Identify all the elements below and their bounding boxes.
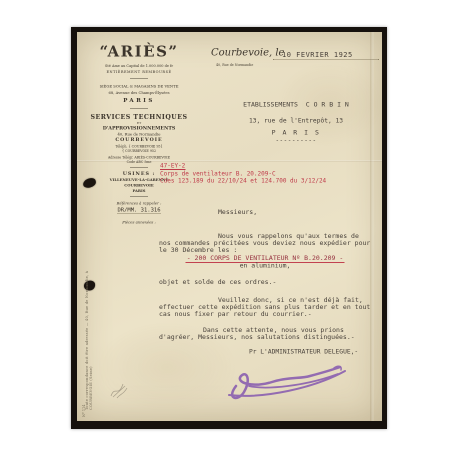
order-note: en aluminium, bbox=[159, 263, 371, 270]
factory-3: PARIS bbox=[86, 189, 192, 194]
reimbursed-line: ENTIÈREMENT REMBOURSÉ bbox=[86, 70, 192, 74]
letter-paper: “ARIÈS” Sté Ame au Capital de 1.000.000 … bbox=[77, 32, 382, 421]
services-address: 40, Rue de Normandie bbox=[86, 132, 192, 137]
services-et: ET bbox=[86, 122, 192, 126]
divider bbox=[130, 196, 148, 197]
divider bbox=[130, 167, 148, 168]
paragraph-2: objet et solde de ces ordres.- bbox=[159, 279, 276, 286]
margin-vertical-note: Toute correspondance doit être adressée … bbox=[85, 260, 93, 410]
paragraph-4-line-2: d'agréer, Messieurs, nos salutations dis… bbox=[159, 334, 355, 341]
head-office-address: 68, Avenue des Champs-Élysées bbox=[86, 91, 192, 96]
recipient-street: 13, rue de l'Entrepôt, 13 bbox=[235, 117, 357, 125]
recipient-block: ETABLISSEMENTS C O R B I N 13, rue de l'… bbox=[235, 101, 357, 144]
references-number: DR/MM. 31.316 bbox=[117, 207, 160, 215]
paragraph-1-line-3: le 30 Décembre les : bbox=[159, 247, 237, 254]
dateline-date: 10 FEVRIER 1925 bbox=[282, 51, 353, 59]
paragraph-3-line-3: cas nous fixer par retour du courrier.- bbox=[159, 311, 312, 318]
annexes-label: Pièces annexées : bbox=[86, 220, 192, 225]
divider bbox=[130, 79, 148, 80]
services-title: SERVICES TECHNIQUES bbox=[86, 113, 192, 121]
stamp-orders: Cdes 123.189 du 22/10/24 et 124.700 du 3… bbox=[160, 177, 326, 184]
form-number: Nº 114 bbox=[82, 397, 86, 417]
stamp-ref: 47-EY-2 bbox=[160, 162, 185, 170]
recipient-name: ETABLISSEMENTS C O R B I N bbox=[235, 101, 357, 109]
head-office-city: PARIS bbox=[86, 97, 192, 104]
stamp-block: 47-EY-2 Corps de ventilateur B. 20.209-C… bbox=[160, 162, 326, 184]
head-office-line: SIÈGE SOCIAL & MAGASINS DE VENTE bbox=[86, 84, 192, 89]
services-subtitle: D'APPROVISIONNEMENTS bbox=[86, 126, 192, 132]
services-city: COURBEVOIE bbox=[86, 137, 192, 143]
references-value: DR/MM. 31.316 bbox=[86, 207, 192, 214]
stamp-item: Corps de ventilateur B. 20.209-C bbox=[160, 170, 326, 177]
phone-line-1: Téléph. { COURBEVOIE 951 bbox=[86, 145, 192, 149]
phone-line-2: { COURBEVOIE 952 bbox=[86, 149, 192, 153]
signature bbox=[216, 355, 356, 405]
recipient-underline: ---------- bbox=[235, 137, 357, 144]
telegraph-line: Adresse Télégr. ARIÈS-COURBEVOIE bbox=[86, 156, 192, 160]
signoff: Pr L'ADMINISTRATEUR DELEGUE,- bbox=[249, 348, 358, 355]
brand-wordmark: “ARIÈS” bbox=[86, 43, 192, 61]
dateline-street: 40, Rue de Normandie bbox=[216, 63, 253, 67]
pencil-mark bbox=[108, 381, 130, 401]
salutation: Messieurs, bbox=[218, 209, 257, 216]
letter-photo: “ARIÈS” Sté Ame au Capital de 1.000.000 … bbox=[71, 27, 387, 429]
references-label: Références à rappeler : bbox=[86, 201, 192, 206]
divider bbox=[130, 108, 148, 109]
capital-line: Sté Ame au Capital de 1.000.000 de fr bbox=[86, 64, 192, 68]
recipient-city: P A R I S bbox=[235, 129, 357, 137]
